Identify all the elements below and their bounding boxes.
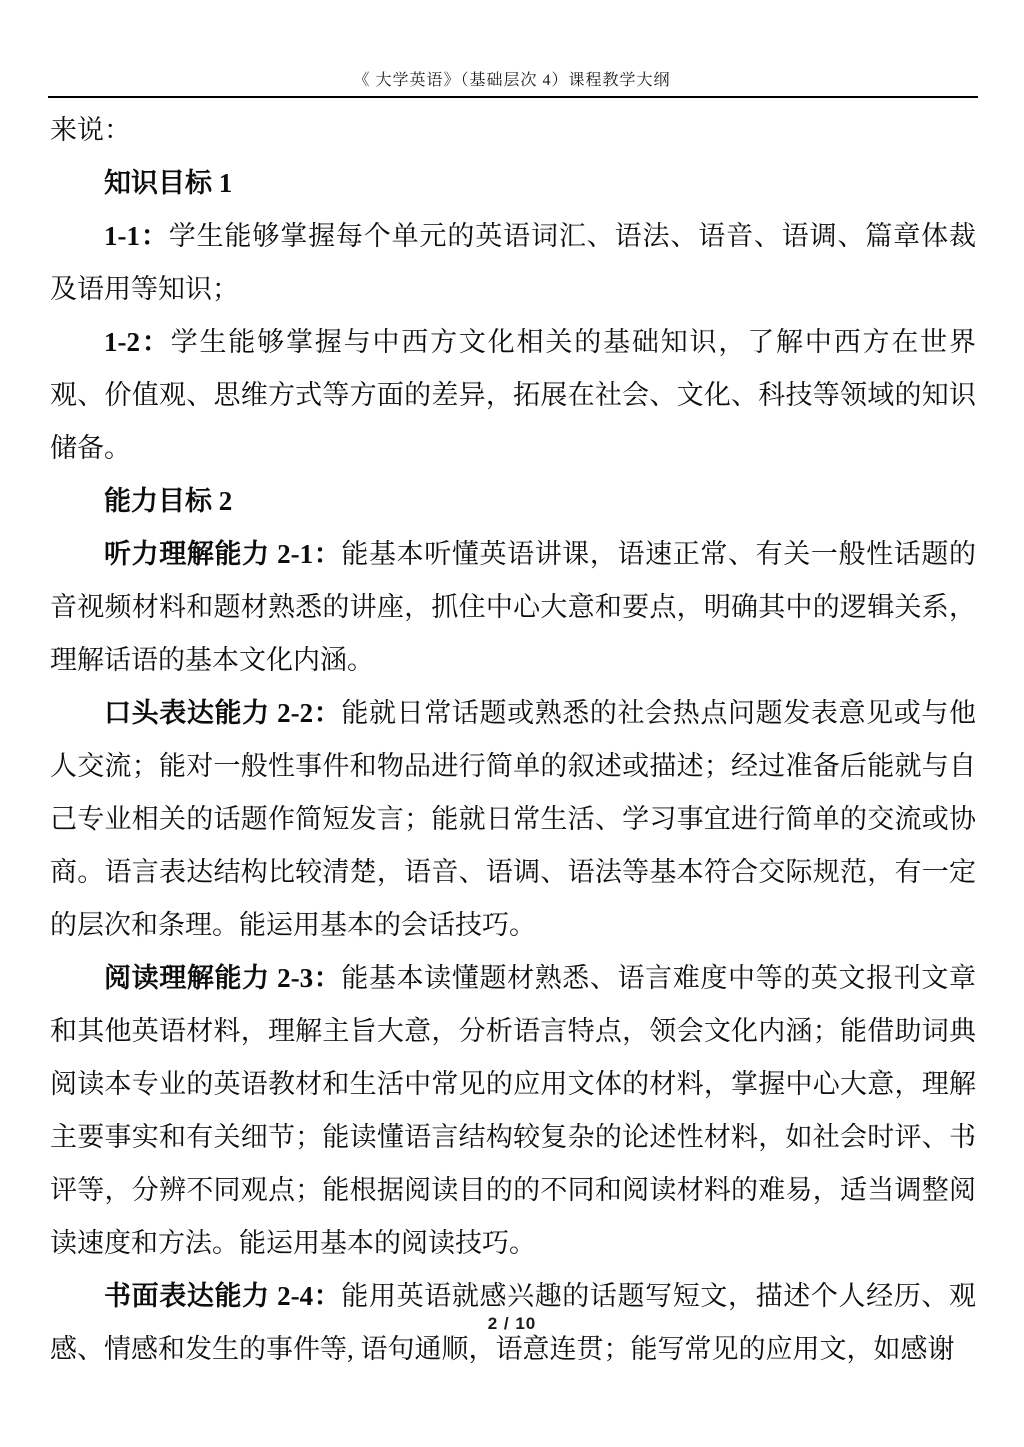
header-rule [48, 96, 978, 98]
paragraph-lead: 书面表达能力 2-4： [104, 1281, 341, 1311]
paragraph-lead: 1-1： [104, 221, 169, 251]
document-page: 《 大学英语》（基础层次 4）课程教学大纲 来说： 知识目标 1 1-1：学生能… [0, 0, 1024, 1447]
paragraph-text: 能基本读懂题材熟悉、语言难度中等的英文报刊文章和其他英语材料，理解主旨大意，分析… [50, 963, 976, 1258]
section-heading-ability-objectives: 能力目标 2 [50, 475, 976, 528]
paragraph-lead: 口头表达能力 2-2： [104, 698, 341, 728]
document-body: 来说： 知识目标 1 1-1：学生能够掌握每个单元的英语词汇、语法、语音、语调、… [50, 104, 976, 1376]
continuation-line: 来说： [50, 104, 976, 157]
paragraph-text: 能就日常话题或熟悉的社会热点问题发表意见或与他人交流；能对一般性事件和物品进行简… [50, 698, 976, 940]
paragraph-lead: 1-2： [104, 327, 171, 357]
paragraph-text: 学生能够掌握与中西方文化相关的基础知识，了解中西方在世界观、价值观、思维方式等方… [50, 327, 976, 463]
paragraph-reading-2-3: 阅读理解能力 2-3：能基本读懂题材熟悉、语言难度中等的英文报刊文章和其他英语材… [50, 952, 976, 1270]
paragraph-text: 学生能够掌握每个单元的英语词汇、语法、语音、语调、篇章体裁及语用等知识； [50, 221, 976, 304]
page-number: 2 / 10 [0, 1314, 1024, 1334]
paragraph-lead: 听力理解能力 2-1： [104, 539, 341, 569]
section-heading-knowledge-objectives: 知识目标 1 [50, 157, 976, 210]
paragraph-objective-1-2: 1-2：学生能够掌握与中西方文化相关的基础知识，了解中西方在世界观、价值观、思维… [50, 316, 976, 475]
running-header-title: 《 大学英语》（基础层次 4）课程教学大纲 [0, 71, 1024, 91]
paragraph-listening-2-1: 听力理解能力 2-1：能基本听懂英语讲课，语速正常、有关一般性话题的音视频材料和… [50, 528, 976, 687]
paragraph-speaking-2-2: 口头表达能力 2-2：能就日常话题或熟悉的社会热点问题发表意见或与他人交流；能对… [50, 687, 976, 952]
paragraph-objective-1-1: 1-1：学生能够掌握每个单元的英语词汇、语法、语音、语调、篇章体裁及语用等知识； [50, 210, 976, 316]
paragraph-lead: 阅读理解能力 2-3： [104, 963, 341, 993]
